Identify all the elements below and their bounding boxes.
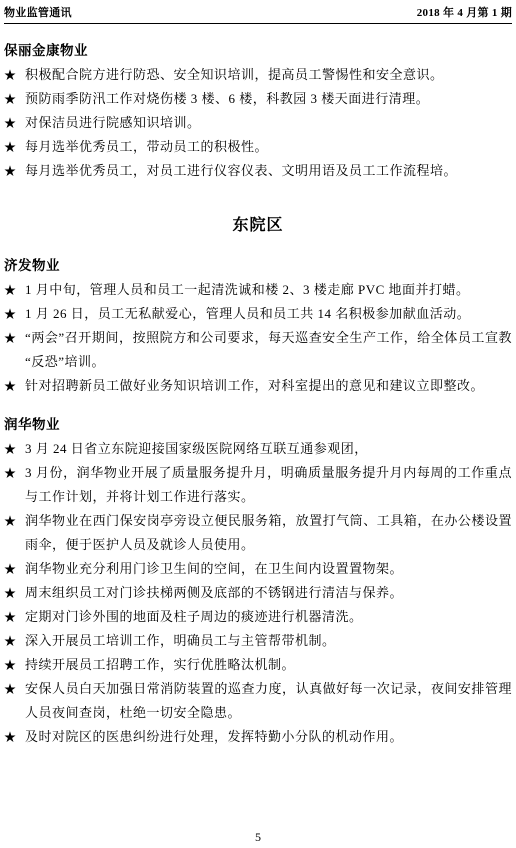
star-bullet-icon: ★: [4, 677, 25, 701]
bullet-item: ★ 及时对院区的医患纠纷进行处理，发挥特勤小分队的机动作用。: [4, 725, 512, 749]
star-bullet-icon: ★: [4, 629, 25, 653]
bullet-text: 持续开展员工招聘工作，实行优胜略汰机制。: [25, 653, 512, 677]
star-bullet-icon: ★: [4, 302, 25, 326]
campus-section-heading: 东院区: [4, 213, 512, 239]
bullet-text: 1 月 26 日，员工无私献爱心，管理人员和员工共 14 名积极参加献血活动。: [25, 302, 512, 326]
page-header: 物业监管通讯 2018 年 4 月第 1 期: [4, 4, 512, 24]
company-heading: 润华物业: [4, 413, 512, 437]
star-bullet-icon: ★: [4, 605, 25, 629]
bullet-text: 每月选举优秀员工，对员工进行仪容仪表、文明用语及员工工作流程培。: [25, 159, 512, 183]
bullet-text: 润华物业充分利用门诊卫生间的空间，在卫生间内设置置物架。: [25, 557, 512, 581]
star-bullet-icon: ★: [4, 374, 25, 398]
bullet-item: ★ 针对招聘新员工做好业务知识培训工作，对科室提出的意见和建议立即整改。: [4, 374, 512, 398]
newsletter-title: 物业监管通讯: [4, 4, 72, 20]
bullet-text: 深入开展员工培训工作，明确员工与主管帮带机制。: [25, 629, 512, 653]
star-bullet-icon: ★: [4, 557, 25, 581]
document-body: 保丽金康物业 ★ 积极配合院方进行防恐、安全知识培训，提高员工警惕性和安全意识。…: [4, 39, 512, 749]
company-heading: 济发物业: [4, 254, 512, 278]
bullet-item: ★ 1 月 26 日，员工无私献爱心，管理人员和员工共 14 名积极参加献血活动…: [4, 302, 512, 326]
bullet-item: ★ 深入开展员工培训工作，明确员工与主管帮带机制。: [4, 629, 512, 653]
bullet-item: ★ 周末组织员工对门诊扶梯两侧及底部的不锈钢进行清洁与保养。: [4, 581, 512, 605]
page-footer: 5: [0, 830, 516, 844]
bullet-text: 润华物业在西门保安岗亭旁设立便民服务箱，放置打气筒、工具箱，在办公楼设置雨伞，便…: [25, 509, 512, 557]
bullet-text: 定期对门诊外围的地面及柱子周边的痰迹进行机器清洗。: [25, 605, 512, 629]
bullet-text: 3 月份，润华物业开展了质量服务提升月，明确质量服务提升月内每周的工作重点与工作…: [25, 461, 512, 509]
bullet-item: ★ 每月选举优秀员工，带动员工的积极性。: [4, 135, 512, 159]
bullet-text: 每月选举优秀员工，带动员工的积极性。: [25, 135, 512, 159]
page-number: 5: [255, 830, 261, 844]
bullet-item: ★ 持续开展员工招聘工作，实行优胜略汰机制。: [4, 653, 512, 677]
star-bullet-icon: ★: [4, 87, 25, 111]
bullet-text: 安保人员白天加强日常消防装置的巡查力度，认真做好每一次记录，夜间安排管理人员夜间…: [25, 677, 512, 725]
star-bullet-icon: ★: [4, 581, 25, 605]
bullet-text: “两会”召开期间，按照院方和公司要求，每天巡查安全生产工作，给全体员工宣教“反恐…: [25, 326, 512, 374]
bullet-item: ★ “两会”召开期间，按照院方和公司要求，每天巡查安全生产工作，给全体员工宣教“…: [4, 326, 512, 374]
star-bullet-icon: ★: [4, 437, 25, 461]
bullet-text: 预防雨季防汛工作对烧伤楼 3 楼、6 楼，科教园 3 楼天面进行清理。: [25, 87, 512, 111]
bullet-item: ★ 积极配合院方进行防恐、安全知识培训，提高员工警惕性和安全意识。: [4, 63, 512, 87]
star-bullet-icon: ★: [4, 461, 25, 485]
bullet-text: 针对招聘新员工做好业务知识培训工作，对科室提出的意见和建议立即整改。: [25, 374, 512, 398]
star-bullet-icon: ★: [4, 725, 25, 749]
issue-label: 2018 年 4 月第 1 期: [417, 4, 512, 20]
bullet-text: 1 月中旬，管理人员和员工一起清洗诚和楼 2、3 楼走廊 PVC 地面并打蜡。: [25, 278, 512, 302]
bullet-item: ★ 预防雨季防汛工作对烧伤楼 3 楼、6 楼，科教园 3 楼天面进行清理。: [4, 87, 512, 111]
star-bullet-icon: ★: [4, 278, 25, 302]
bullet-item: ★ 润华物业在西门保安岗亭旁设立便民服务箱，放置打气筒、工具箱，在办公楼设置雨伞…: [4, 509, 512, 557]
newsletter-page: 物业监管通讯 2018 年 4 月第 1 期 保丽金康物业 ★ 积极配合院方进行…: [0, 0, 516, 848]
star-bullet-icon: ★: [4, 326, 25, 350]
bullet-item: ★ 1 月中旬，管理人员和员工一起清洗诚和楼 2、3 楼走廊 PVC 地面并打蜡…: [4, 278, 512, 302]
bullet-item: ★ 3 月份，润华物业开展了质量服务提升月，明确质量服务提升月内每周的工作重点与…: [4, 461, 512, 509]
star-bullet-icon: ★: [4, 653, 25, 677]
star-bullet-icon: ★: [4, 159, 25, 183]
star-bullet-icon: ★: [4, 509, 25, 533]
bullet-text: 积极配合院方进行防恐、安全知识培训，提高员工警惕性和安全意识。: [25, 63, 512, 87]
bullet-text: 及时对院区的医患纠纷进行处理，发挥特勤小分队的机动作用。: [25, 725, 512, 749]
bullet-item: ★ 定期对门诊外围的地面及柱子周边的痰迹进行机器清洗。: [4, 605, 512, 629]
bullet-text: 周末组织员工对门诊扶梯两侧及底部的不锈钢进行清洁与保养。: [25, 581, 512, 605]
bullet-item: ★ 安保人员白天加强日常消防装置的巡查力度，认真做好每一次记录，夜间安排管理人员…: [4, 677, 512, 725]
bullet-item: ★ 润华物业充分利用门诊卫生间的空间，在卫生间内设置置物架。: [4, 557, 512, 581]
bullet-item: ★ 每月选举优秀员工，对员工进行仪容仪表、文明用语及员工工作流程培。: [4, 159, 512, 183]
star-bullet-icon: ★: [4, 111, 25, 135]
bullet-text: 对保洁员进行院感知识培训。: [25, 111, 512, 135]
star-bullet-icon: ★: [4, 135, 25, 159]
bullet-text: 3 月 24 日省立东院迎接国家级医院网络互联互通参观团，: [25, 437, 512, 461]
bullet-item: ★ 对保洁员进行院感知识培训。: [4, 111, 512, 135]
star-bullet-icon: ★: [4, 63, 25, 87]
company-heading: 保丽金康物业: [4, 39, 512, 63]
bullet-item: ★ 3 月 24 日省立东院迎接国家级医院网络互联互通参观团，: [4, 437, 512, 461]
